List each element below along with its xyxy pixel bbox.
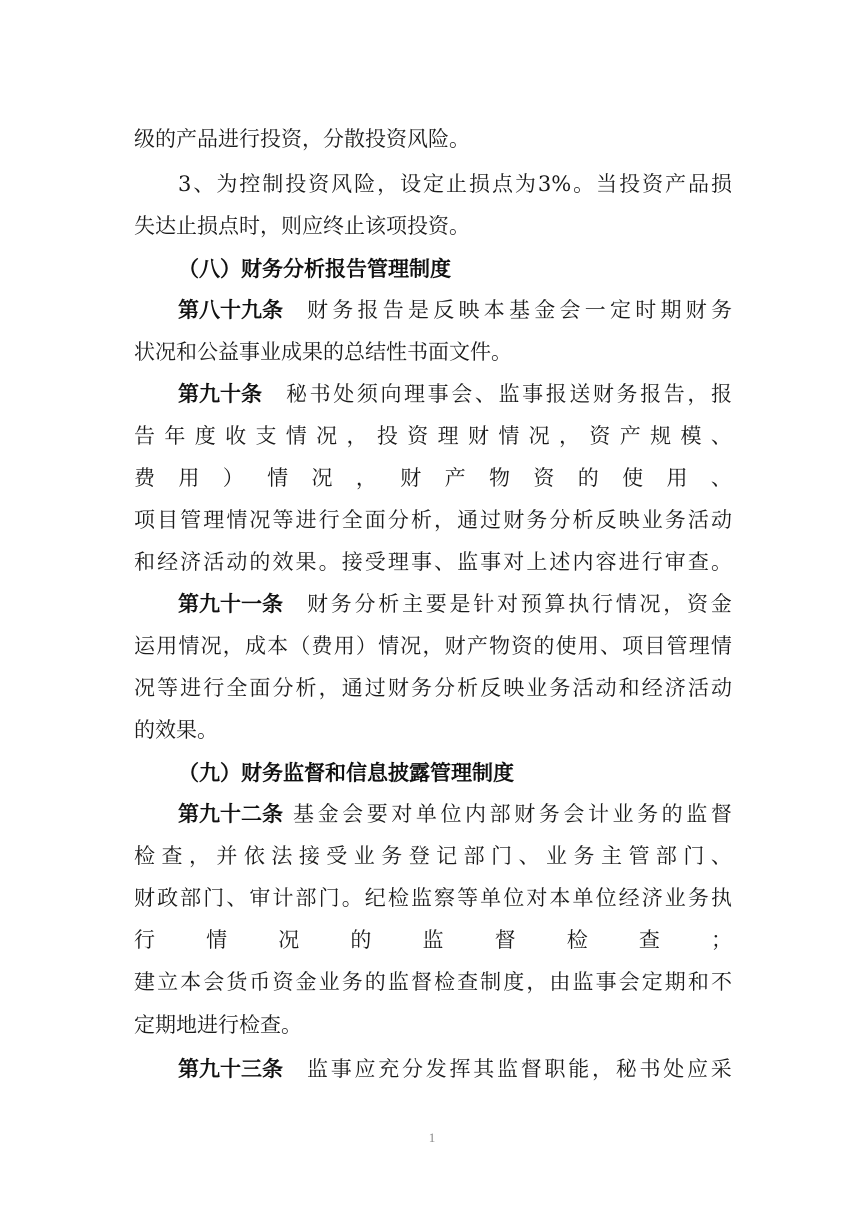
article-90-line-2: 告年度收支情况，投资理财情况，资产规模、	[134, 419, 732, 453]
article-89-line-2: 状况和公益事业成果的总结性书面文件。	[134, 335, 732, 369]
section-heading-9: （九）财务监督和信息披露管理制度	[178, 756, 514, 790]
article-93-label: 第九十三条	[178, 1052, 283, 1086]
article-91-line-2: 运用情况，成本（费用）情况，财产物资的使用、项目管理情	[134, 629, 732, 663]
document-page: 级的产品进行投资，分散投资风险。 3、为控制投资风险，设定止损点为3%。当投资产…	[0, 0, 864, 1222]
article-90-line-4: 项目管理情况等进行全面分析，通过财务分析反映业务活动	[134, 503, 732, 537]
article-91-text: 财务分析主要是针对预算执行情况，资金	[307, 587, 732, 621]
article-90-line-1: 第九十条 秘书处须向理事会、监事报送财务报告，报	[178, 377, 732, 411]
article-91-line-1: 第九十一条 财务分析主要是针对预算执行情况，资金	[178, 587, 732, 621]
article-92-line-4: 行情况的监督检查；	[134, 923, 732, 957]
article-92-text: 基金会要对单位内部财务会计业务的监督	[293, 797, 732, 831]
article-89-label: 第八十九条	[178, 293, 283, 327]
article-92-line-5: 建立本会货币资金业务的监督检查制度，由监事会定期和不	[134, 965, 732, 999]
article-90-text: 秘书处须向理事会、监事报送财务报告，报	[286, 377, 732, 411]
section-heading-8: （八）财务分析报告管理制度	[178, 252, 451, 286]
paragraph-line: 级的产品进行投资，分散投资风险。	[134, 122, 732, 156]
page-number: 1	[0, 1130, 864, 1146]
article-89-line-1: 第八十九条 财务报告是反映本基金会一定时期财务	[178, 293, 732, 327]
article-90-label: 第九十条	[178, 377, 262, 411]
article-91-label: 第九十一条	[178, 587, 283, 621]
paragraph-line: 失达止损点时，则应终止该项投资。	[134, 209, 732, 243]
article-91-line-4: 的效果。	[134, 713, 732, 747]
article-91-line-3: 况等进行全面分析，通过财务分析反映业务活动和经济活动	[134, 671, 732, 705]
article-92-line-2: 检查，并依法接受业务登记部门、业务主管部门、	[134, 839, 732, 873]
article-92-line-3: 财政部门、审计部门。纪检监察等单位对本单位经济业务执	[134, 881, 732, 915]
article-93-line-1: 第九十三条 监事应充分发挥其监督职能，秘书处应采	[178, 1052, 732, 1086]
article-92-line-1: 第九十二条 基金会要对单位内部财务会计业务的监督	[178, 797, 732, 831]
article-90-line-3: 费用）情况，财产物资的使用、	[134, 461, 732, 495]
article-92-label: 第九十二条	[178, 797, 283, 831]
article-89-text: 财务报告是反映本基金会一定时期财务	[307, 293, 732, 327]
article-92-line-6: 定期地进行检查。	[134, 1008, 732, 1042]
paragraph-line: 3、为控制投资风险，设定止损点为3%。当投资产品损	[178, 167, 732, 201]
article-93-text: 监事应充分发挥其监督职能，秘书处应采	[307, 1052, 732, 1086]
article-90-line-5: 和经济活动的效果。接受理事、监事对上述内容进行审查。	[134, 545, 732, 579]
